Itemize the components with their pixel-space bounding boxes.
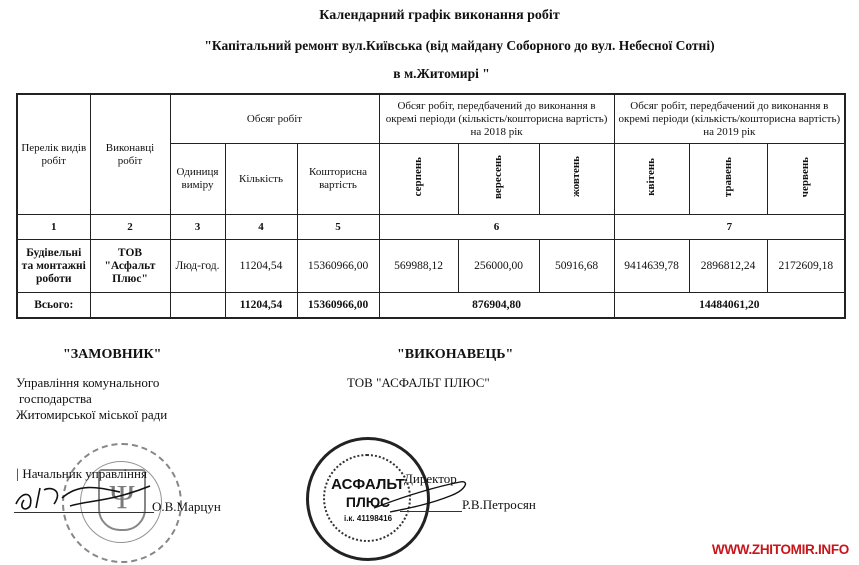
cell-month-value: 2172609,18 [767, 240, 845, 293]
contractor-organization: ТОВ "АСФАЛЬТ ПЛЮС" [347, 375, 490, 391]
month-label: жовтень [570, 156, 583, 197]
column-number: 4 [225, 215, 297, 240]
customer-org-line: Житомирської міської ради [16, 407, 167, 423]
header-row-1: Перелік видів робіт Виконавці робіт Обся… [17, 94, 845, 144]
cell-month-value: 256000,00 [458, 240, 539, 293]
total-label: Всього: [17, 293, 90, 319]
total-unit [170, 293, 225, 319]
header-2018-group: Обсяг робіт, передбачений до виконання в… [379, 94, 614, 144]
cell-month-value: 2896812,24 [689, 240, 767, 293]
customer-name: О.В.Марцун [152, 499, 221, 515]
cell-contractor: ТОВ "Асфальт Плюс" [90, 240, 170, 293]
document-title: Календарний графік виконання робіт [10, 8, 859, 24]
cell-month-value: 569988,12 [379, 240, 458, 293]
customer-org-line: Управління комунального [16, 375, 167, 391]
contractor-signature-line [400, 511, 462, 512]
customer-heading: "ЗАМОВНИК" [63, 347, 161, 363]
document-subtitle-line1: "Капітальний ремонт вул.Київська (від ма… [30, 38, 859, 54]
header-estimated-cost: Кошторисна вартість [297, 144, 379, 215]
total-estimated-cost: 15360966,00 [297, 293, 379, 319]
column-number: 1 [17, 215, 90, 240]
column-number: 7 [614, 215, 845, 240]
header-month-2018: вересень [458, 144, 539, 215]
cell-quantity: 11204,54 [225, 240, 297, 293]
contractor-name: Р.В.Петросян [462, 497, 536, 513]
header-month-2019: червень [767, 144, 845, 215]
month-label: серпень [412, 157, 425, 196]
header-month-2019: квітень [614, 144, 689, 215]
column-number: 5 [297, 215, 379, 240]
schedule-table: Перелік видів робіт Виконавці робіт Обся… [16, 93, 846, 319]
column-numbers-row: 1 2 3 4 5 6 7 [17, 215, 845, 240]
month-label: вересень [492, 155, 505, 199]
month-label: червень [799, 157, 812, 197]
table-row: Будівельні та монтажні роботи ТОВ "Асфал… [17, 240, 845, 293]
month-label: травень [722, 157, 735, 197]
contractor-heading: "ВИКОНАВЕЦЬ" [397, 347, 513, 363]
total-quantity: 11204,54 [225, 293, 297, 319]
total-row: Всього: 11204,54 15360966,00 876904,80 1… [17, 293, 845, 319]
column-number: 6 [379, 215, 614, 240]
header-month-2018: жовтень [539, 144, 614, 215]
cell-unit: Люд-год. [170, 240, 225, 293]
watermark: WWW.ZHITOMIR.INFO [712, 542, 849, 557]
header-work-types: Перелік видів робіт [17, 94, 90, 215]
cell-month-value: 9414639,78 [614, 240, 689, 293]
cell-estimated-cost: 15360966,00 [297, 240, 379, 293]
customer-organization: Управління комунального господарства Жит… [16, 375, 167, 423]
column-number: 3 [170, 215, 225, 240]
customer-org-line: господарства [16, 391, 167, 407]
header-month-2019: травень [689, 144, 767, 215]
customer-signature-line [14, 512, 154, 513]
total-contractor [90, 293, 170, 319]
header-volume-group: Обсяг робіт [170, 94, 379, 144]
cell-work-type: Будівельні та монтажні роботи [17, 240, 90, 293]
total-2019: 14484061,20 [614, 293, 845, 319]
header-unit: Одиниця виміру [170, 144, 225, 215]
column-number: 2 [90, 215, 170, 240]
month-label: квітень [645, 158, 658, 196]
header-quantity: Кількість [225, 144, 297, 215]
cell-month-value: 50916,68 [539, 240, 614, 293]
header-month-2018: серпень [379, 144, 458, 215]
document-subtitle-line2: в м.Житомирі " [12, 66, 859, 82]
header-contractors: Виконавці робіт [90, 94, 170, 215]
total-2018: 876904,80 [379, 293, 614, 319]
header-2019-group: Обсяг робіт, передбачений до виконання в… [614, 94, 845, 144]
